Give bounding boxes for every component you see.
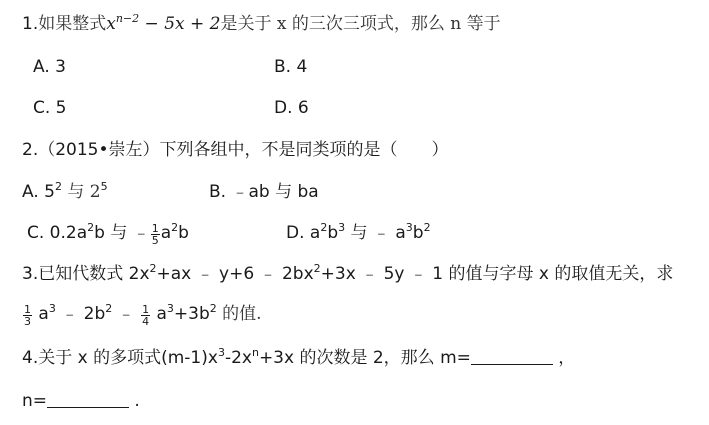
q1-text-a: 如果整式 (38, 14, 106, 34)
q1-expr-rest: − 5x + 2 (139, 14, 220, 34)
question-4-stem: 4.关于 x 的多项式(m-1)x3-2xn+3x 的次数是 2，那么 m= ， (22, 346, 575, 370)
question-4-line-2: n= . (22, 389, 140, 413)
question-2-stem: 2.（2015•崇左）下列各组中，不是同类项的是（ ） (22, 138, 449, 162)
q2-option-c: C. 0.2a2b 与 ﹣15a2b (27, 221, 189, 246)
q1-expr-exp: n−2 (116, 12, 139, 25)
fraction-one-quarter: 14 (141, 304, 150, 327)
q2-option-a: A. 52 与 25 (22, 180, 108, 204)
q1-option-a: A. 3 (33, 55, 66, 79)
q1-option-d: D. 6 (274, 96, 309, 120)
q2-option-d: D. a2b3 与 ﹣ a3b2 (286, 221, 431, 245)
fraction-one-third: 13 (23, 304, 32, 327)
answer-blank-n[interactable] (47, 389, 129, 408)
q1-option-c: C. 5 (33, 96, 67, 120)
q2-option-b: B. ﹣ab 与 ba (209, 180, 319, 204)
fraction-one-fifth: 15 (151, 223, 160, 246)
q1-expr-base: x (106, 14, 116, 34)
question-3-stem: 3.已知代数式 2x2+ax ﹣ y+6 ﹣ 2bx2+3x ﹣ 5y ﹣ 1 … (22, 262, 673, 286)
answer-blank-m[interactable] (471, 346, 553, 365)
question-3-line-2: 13 a3 ﹣ 2b2 ﹣ 14 a3+3b2 的值. (22, 302, 262, 327)
q1-option-b: B. 4 (274, 55, 307, 79)
q1-text-b: 是关于 x 的三次三项式，那么 n 等于 (220, 14, 500, 34)
question-1-stem: 1.如果整式xn−2 − 5x + 2是关于 x 的三次三项式，那么 n 等于 (22, 12, 501, 36)
q1-prefix: 1. (22, 14, 38, 34)
